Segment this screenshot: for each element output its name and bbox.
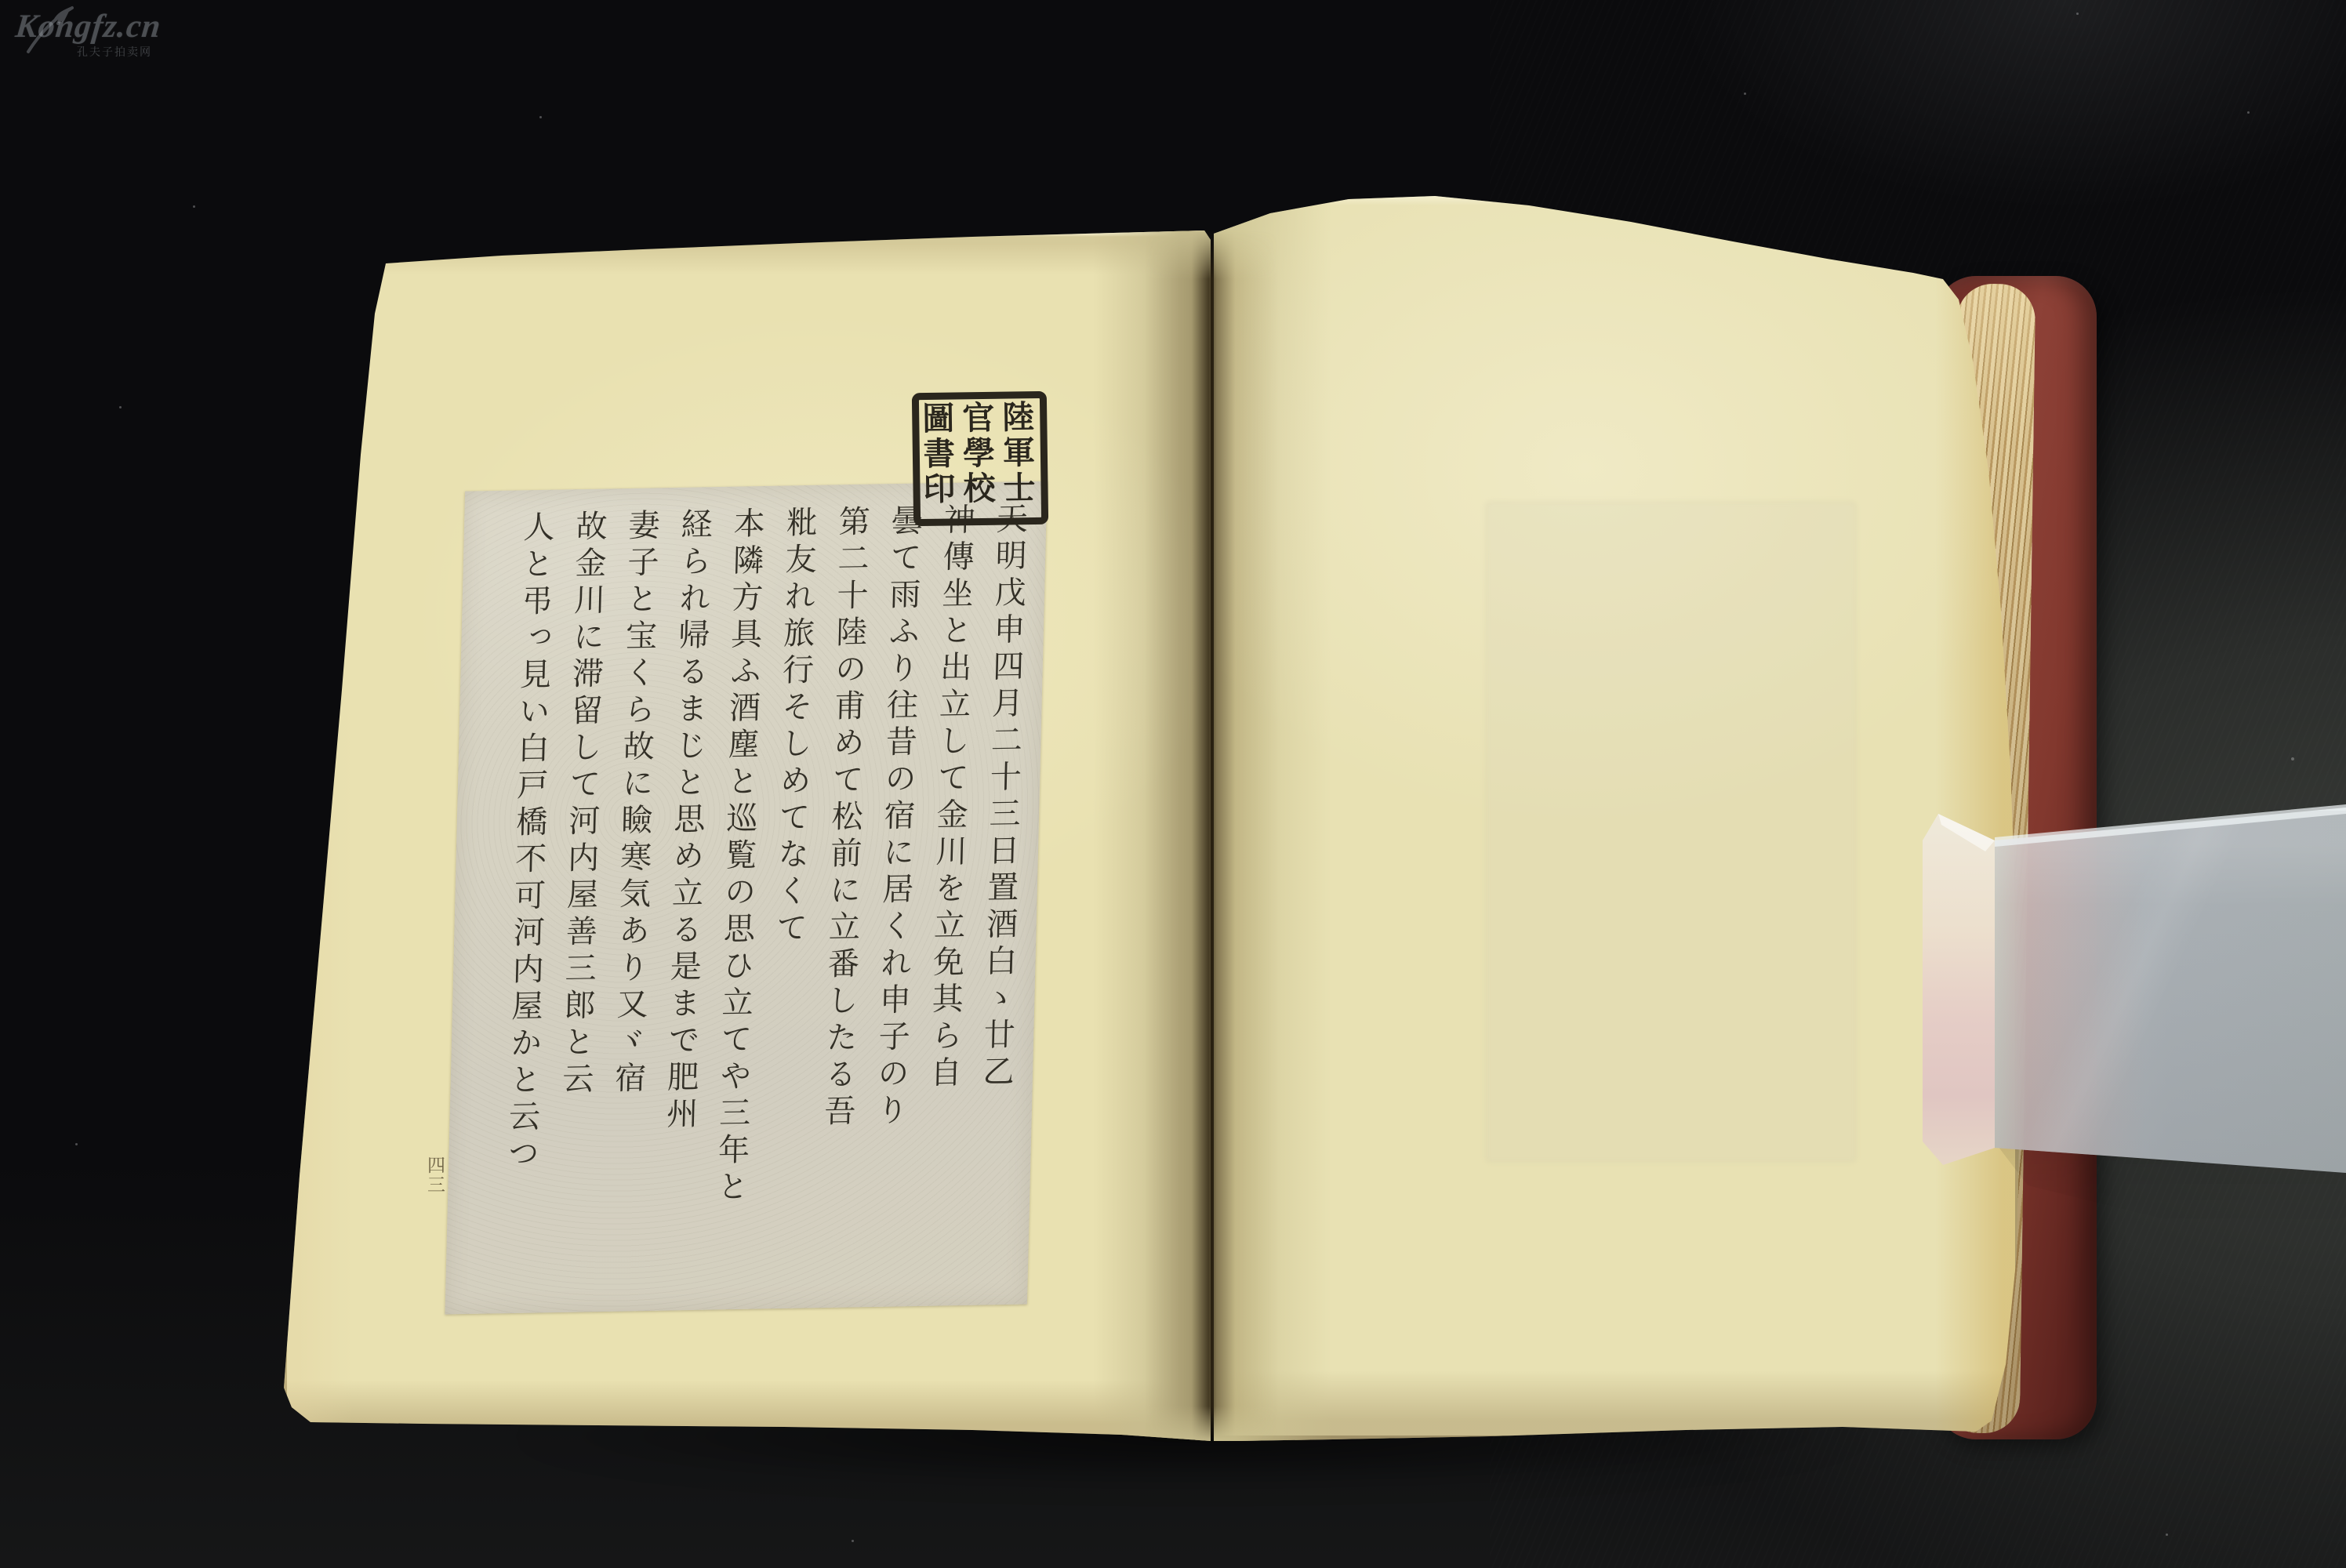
dust-speck	[2166, 1534, 2168, 1536]
dust-speck	[2247, 111, 2250, 114]
seal-text: 陸軍士 官學校 圖書印	[924, 400, 1037, 517]
calligraphy-plate: 天明戊申四月二十三日置酒白ゝ廿乙 神傳坐と出立して金川を立免其ら自 曇て雨ふり往…	[445, 481, 1047, 1315]
dust-speck	[193, 205, 195, 208]
photo-open-book: 天明戊申四月二十三日置酒白ゝ廿乙 神傳坐と出立して金川を立免其ら自 曇て雨ふり往…	[0, 0, 2346, 1568]
show-through-impression	[1486, 502, 1856, 1162]
plate-number-label: 四三	[422, 1156, 448, 1195]
acrylic-weight-block	[1910, 804, 2346, 1290]
calligraphy-text: 天明戊申四月二十三日置酒白ゝ廿乙 神傳坐と出立して金川を立免其ら自 曇て雨ふり往…	[456, 502, 1036, 1300]
dust-speck	[2291, 757, 2294, 760]
dust-speck	[75, 1143, 78, 1145]
library-seal-stamp: 陸軍士 官學校 圖書印	[912, 391, 1048, 526]
dust-speck	[2076, 13, 2079, 15]
watermark-subtitle: 孔夫子拍卖网	[77, 44, 161, 60]
gutter-shadow	[1145, 230, 1278, 1443]
dust-speck	[539, 116, 542, 118]
quill-pen-icon	[24, 5, 78, 55]
dust-speck	[1744, 93, 1746, 95]
dust-speck	[852, 1540, 854, 1542]
dust-speck	[119, 406, 122, 408]
